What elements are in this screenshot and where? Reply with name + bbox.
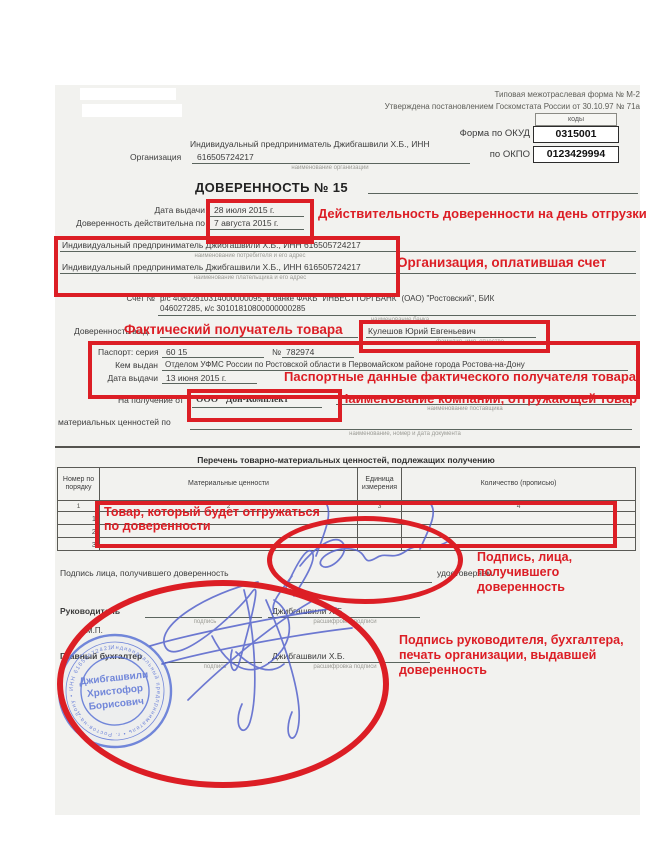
form-approval-note: Утверждена постановлением Госкомстата Ро… bbox=[385, 102, 640, 111]
form-type-note: Типовая межотраслевая форма № М-2 bbox=[494, 90, 640, 99]
annotation-payer: Организация, оплатившая счет bbox=[397, 255, 606, 270]
okpo-label: по ОКПО bbox=[380, 149, 530, 160]
col-header-qty: Количество (прописью) bbox=[402, 468, 636, 501]
supplier-caption: наименование поставщика bbox=[400, 406, 530, 412]
whiteout-patch bbox=[82, 104, 182, 117]
whiteout-patch bbox=[80, 88, 176, 100]
account-line2: 046027285, к/с 30101810800000000285 bbox=[160, 304, 305, 313]
recipient-signature-label: Подпись лица, получившего доверенность bbox=[60, 568, 229, 578]
okud-value: 0315001 bbox=[533, 126, 619, 143]
scanned-power-of-attorney: Типовая межотраслевая форма № М-2 Утверж… bbox=[0, 0, 664, 866]
receive-label2: материальных ценностей по bbox=[58, 417, 171, 427]
annotation-validity: Действительность доверенности на день от… bbox=[318, 206, 647, 221]
annotation-head-sign-l2: печать организации, выдавшей bbox=[399, 648, 596, 662]
highlight-box-payer bbox=[54, 236, 400, 297]
annotation-recipient-sign-l2: получившего bbox=[477, 565, 559, 579]
annotation-receiver: Фактический получатель товара bbox=[124, 322, 343, 337]
doc-title: ДОВЕРЕННОСТЬ № 15 bbox=[195, 180, 348, 195]
annotation-head-sign-l3: доверенность bbox=[399, 663, 487, 677]
col-header-unit: Единица измерения bbox=[358, 468, 402, 501]
valid-until-label: Доверенность действительна по bbox=[60, 218, 205, 228]
okud-label: Форма по ОКУД bbox=[380, 128, 530, 139]
annotation-goods-line2: по доверенности bbox=[104, 519, 211, 533]
col-header-goods: Материальные ценности bbox=[100, 468, 358, 501]
goods-table-title: Перечень товарно-материальных ценностей,… bbox=[57, 455, 635, 465]
row-number: 3 bbox=[58, 538, 100, 551]
annotation-shipper: Наименование компании, отгружающей товар bbox=[339, 391, 637, 406]
row-number: 2 bbox=[58, 525, 100, 538]
annotation-goods-line1: Товар, который будет отгружаться bbox=[104, 505, 320, 519]
col-header-number: Номер по порядку bbox=[58, 468, 100, 501]
annotation-recipient-sign-l1: Подпись, лица, bbox=[477, 550, 572, 564]
highlight-ellipse-stamp-signatures bbox=[57, 580, 389, 788]
highlight-box-supplier bbox=[187, 389, 342, 422]
org-caption: наименование организации bbox=[240, 165, 420, 171]
annotation-passport: Паспортные данные фактического получател… bbox=[284, 369, 636, 384]
issue-date-label: Дата выдачи bbox=[60, 205, 205, 215]
org-label: Организация bbox=[130, 152, 181, 162]
col-number: 1 bbox=[58, 501, 100, 512]
row-number: 1 bbox=[58, 512, 100, 525]
annotation-head-sign-l1: Подпись руководителя, бухгалтера, bbox=[399, 633, 624, 647]
org-inn-value: 616505724217 bbox=[197, 152, 254, 162]
doc-ref-caption: наименование, номер и дата документа bbox=[310, 431, 500, 437]
codes-header-cell: коды bbox=[535, 113, 617, 126]
annotation-recipient-sign-l3: доверенность bbox=[477, 580, 565, 594]
okpo-value: 0123429994 bbox=[533, 146, 619, 163]
org-name-line: Индивидуальный предприниматель Джибгашви… bbox=[190, 139, 430, 149]
